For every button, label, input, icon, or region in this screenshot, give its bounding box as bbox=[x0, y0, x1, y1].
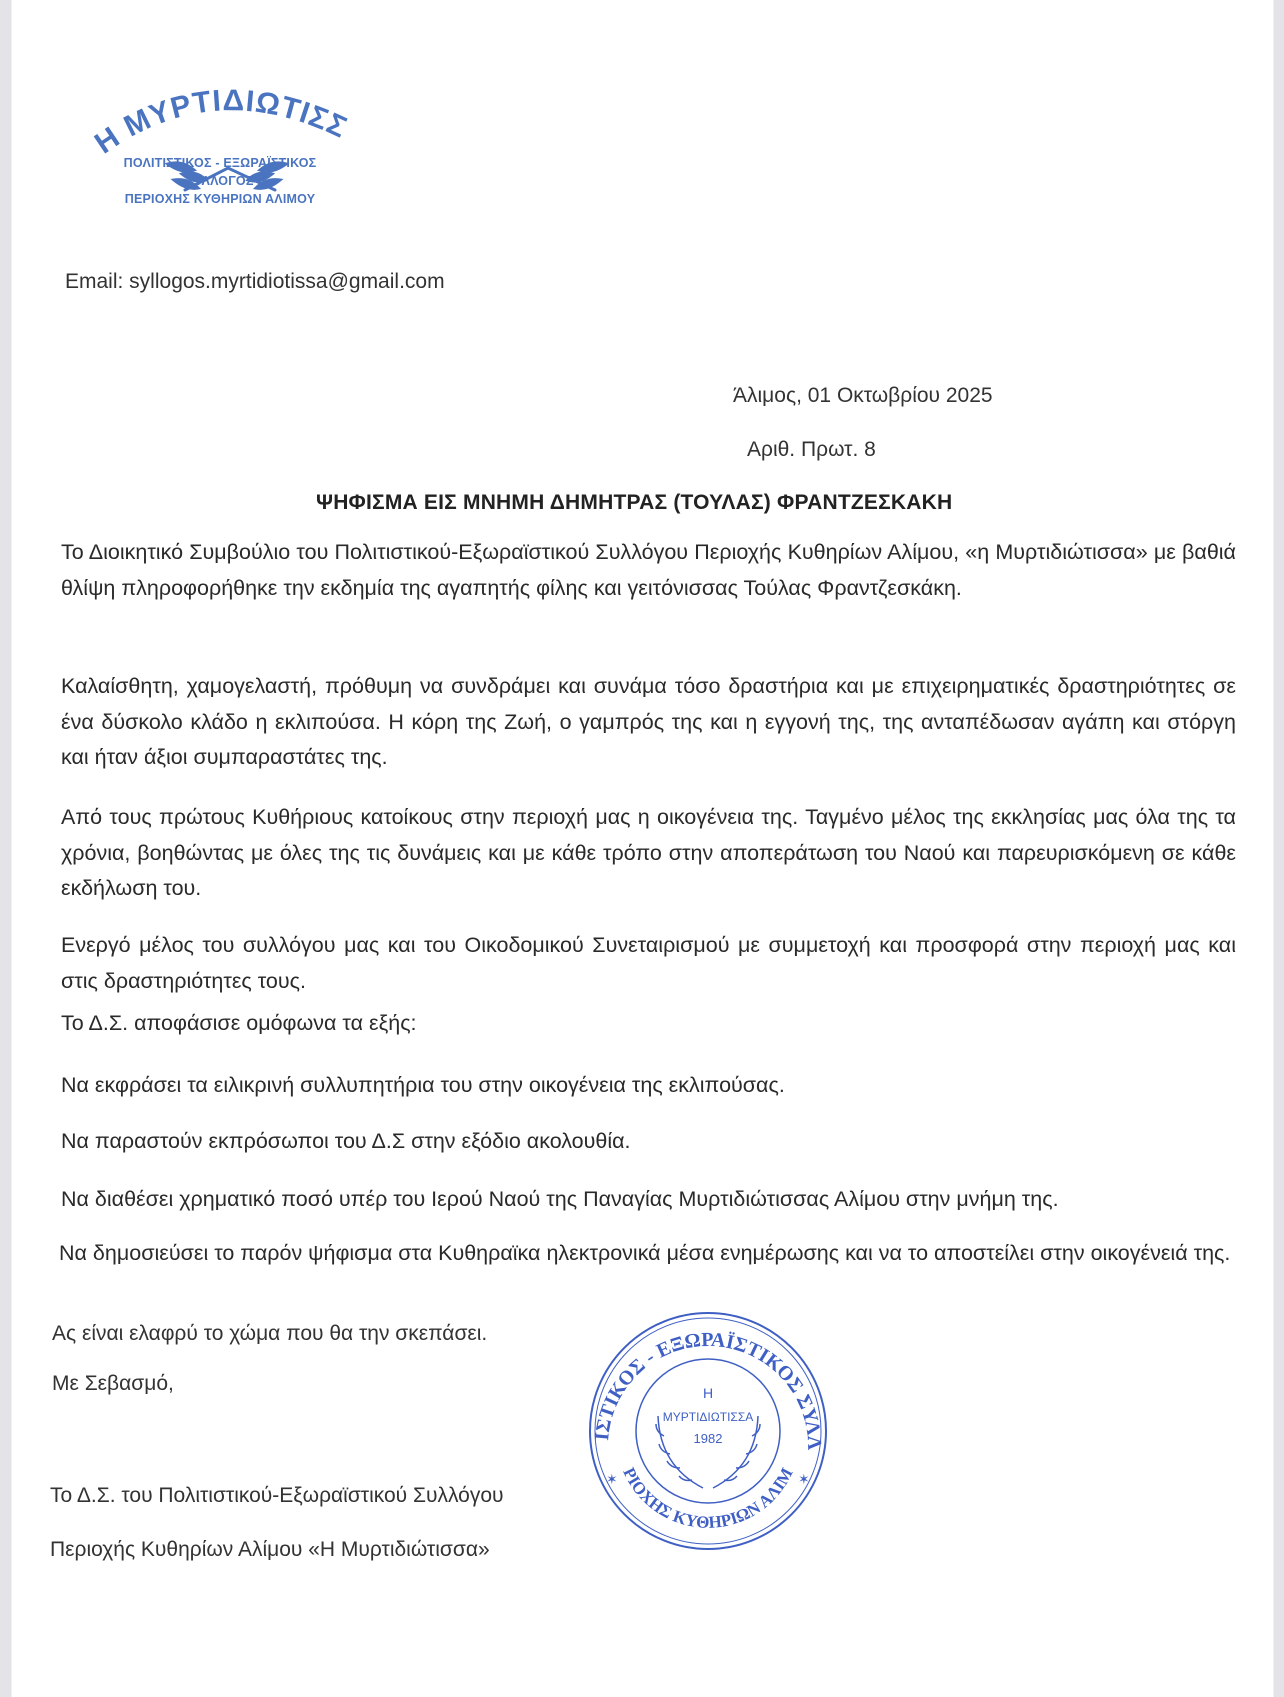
stamp-center-name: ΜΥΡΤΙΔΙΩΤΙΣΣΑ bbox=[663, 1410, 754, 1424]
document-date: Άλιμος, 01 Οκτωβρίου 2025 bbox=[733, 384, 993, 408]
decision-item: Να εκφράσει τα ειλικρινή συλλυπητήρια το… bbox=[61, 1068, 1236, 1104]
official-stamp: ΠΟΛΙΤΙΣΤΙΚΟΣ - ΕΞΩΡΑΪΣΤΙΚΟΣ ΣΥΛΛΟΓΟΣ ΠΕΡ… bbox=[578, 1306, 838, 1556]
signature-line-1: Το Δ.Σ. του Πολιτιστικού-Εξωραϊστικού Συ… bbox=[50, 1484, 504, 1508]
paragraph-member: Ενεργό μέλος του συλλόγου μας και του Οι… bbox=[61, 928, 1236, 999]
organization-logo: Η ΜΥΡΤΙΔΙΩΤΙΣΣΑ bbox=[90, 78, 350, 208]
stamp-center-h: Η bbox=[703, 1385, 713, 1401]
logo-line-3: ΠΕΡΙΟΧΗΣ ΚΥΘΗΡΙΩΝ ΑΛΙΜΟΥ bbox=[100, 192, 340, 206]
stamp-center-year: 1982 bbox=[694, 1431, 723, 1446]
star-icon: ✶ bbox=[606, 1471, 618, 1487]
stamp-laurel-icon bbox=[656, 1416, 760, 1488]
star-icon: ✶ bbox=[798, 1471, 810, 1487]
logo-line-1: ΠΟΛΙΤΙΣΤΙΚΟΣ - ΕΞΩΡΑΪΣΤΙΚΟΣ bbox=[100, 156, 340, 170]
protocol-number: Αριθ. Πρωτ. 8 bbox=[747, 438, 876, 462]
signature-line-2: Περιοχής Κυθηρίων Αλίμου «Η Μυρτιδιώτισσ… bbox=[50, 1538, 490, 1562]
logo-name: Η ΜΥΡΤΙΔΙΩΤΙΣΣΑ bbox=[90, 78, 350, 160]
document-title: ΨΗΦΙΣΜΑ ΕΙΣ ΜΝΗΜΗ ΔΗΜΗΤΡΑΣ (ΤΟΥΛΑΣ) ΦΡΑΝ… bbox=[316, 491, 952, 515]
decision-item: Να παραστούν εκπρόσωποι του Δ.Σ στην εξό… bbox=[61, 1124, 1236, 1160]
farewell-text: Ας είναι ελαφρύ το χώμα που θα την σκεπά… bbox=[52, 1322, 487, 1346]
stamp-outer-top: ΠΟΛΙΤΙΣΤΙΚΟΣ - ΕΞΩΡΑΪΣΤΙΚΟΣ ΣΥΛΛΟΓΟΣ bbox=[578, 1306, 825, 1451]
decision-item: Να δημοσιεύσει το παρόν ψήφισμα στα Κυθη… bbox=[59, 1236, 1234, 1272]
logo-line-2: ΣΥΛΛΟΓΟΣ bbox=[100, 174, 340, 188]
paragraph-character: Καλαίσθητη, χαμογελαστή, πρόθυμη να συνδ… bbox=[61, 669, 1236, 776]
regards-text: Με Σεβασμό, bbox=[52, 1372, 174, 1396]
svg-text:ΠΟΛΙΤΙΣΤΙΚΟΣ - ΕΞΩΡΑΪΣΤΙΚΟΣ ΣΥ: ΠΟΛΙΤΙΣΤΙΚΟΣ - ΕΞΩΡΑΪΣΤΙΚΟΣ ΣΥΛΛΟΓΟΣ bbox=[578, 1306, 825, 1451]
paragraph-intro: Το Διοικητικό Συμβούλιο του Πολιτιστικού… bbox=[61, 535, 1236, 606]
document-page: Η ΜΥΡΤΙΔΙΩΤΙΣΣΑ ΠΟΛΙΤΙΣΤΙΚΟΣ - ΕΞΩΡΑΪΣΤΙ… bbox=[11, 0, 1274, 1697]
paragraph-family: Από τους πρώτους Κυθήριους κατοίκους στη… bbox=[61, 800, 1236, 907]
decision-item: Να διαθέσει χρηματικό ποσό υπέρ του Ιερο… bbox=[61, 1182, 1236, 1218]
decision-intro: Το Δ.Σ. αποφάσισε ομόφωνα τα εξής: bbox=[61, 1006, 1236, 1042]
svg-text:Η ΜΥΡΤΙΔΙΩΤΙΣΣΑ: Η ΜΥΡΤΙΔΙΩΤΙΣΣΑ bbox=[90, 78, 350, 160]
email-address: Email: syllogos.myrtidiotissa@gmail.com bbox=[65, 270, 445, 294]
